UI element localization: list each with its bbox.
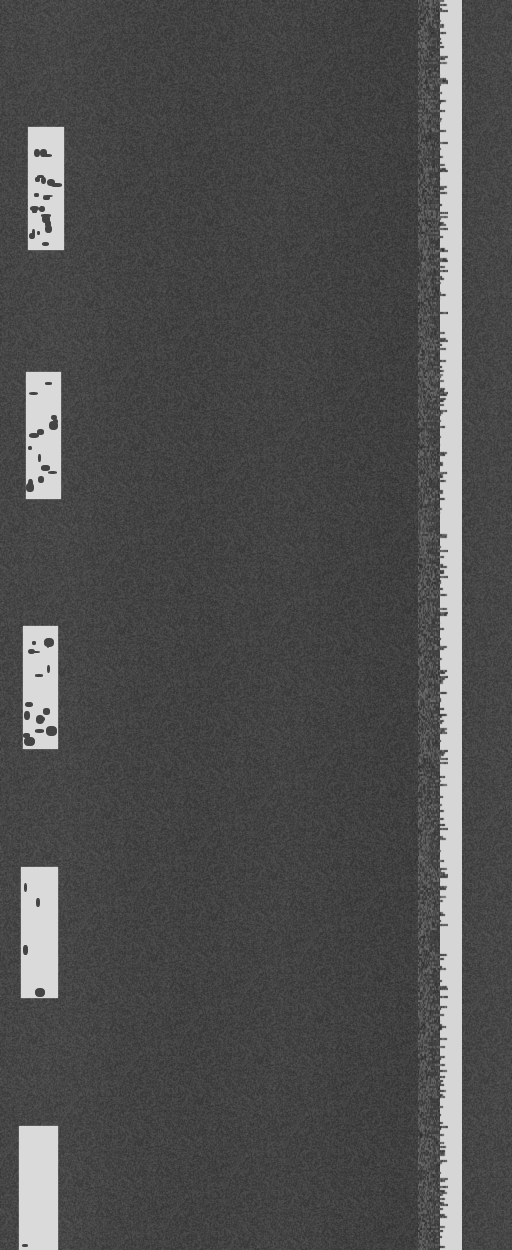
paint-wear-spot [29,233,35,239]
paint-wear-spot [24,711,30,720]
paint-wear-spot [39,717,44,721]
paint-wear-spot [28,446,32,450]
paint-wear-spot [53,419,59,424]
edge-line-wear [418,0,448,1250]
paint-wear-spot [29,392,38,395]
paint-wear-spot [46,726,57,736]
paint-wear-spot [48,471,57,474]
paint-wear-spot [35,729,45,732]
paint-wear-spot [34,149,40,158]
paint-wear-spot [36,898,40,907]
paint-wear-spot [47,665,50,674]
paint-wear-spot [42,242,49,246]
paint-wear-spot [30,206,39,211]
paint-wear-spot [23,945,28,954]
lane-dash-5 [19,1126,58,1250]
paint-wear-spot [32,651,40,653]
paint-wear-spot [35,988,45,997]
paint-wear-spot [43,154,52,157]
lane-dash-4 [21,867,58,998]
paint-wear-spot [43,708,50,714]
paint-wear-spot [26,483,34,492]
paint-wear-spot [37,231,40,235]
lane-dash-1 [28,127,64,250]
paint-wear-spot [37,429,45,434]
paint-wear-spot [38,454,41,462]
paint-wear-spot [41,214,50,216]
paint-wear-spot [38,476,44,483]
paint-wear-spot [45,382,51,385]
paint-wear-spot [22,1244,28,1247]
paint-wear-spot [32,641,36,645]
paint-wear-spot [41,177,46,184]
paint-wear-spot [25,702,33,707]
paint-wear-spot [35,177,40,182]
road-surface [0,0,512,1250]
paint-wear-spot [24,883,27,891]
lane-dash-3 [23,626,58,749]
paint-wear-spot [34,193,39,197]
paint-wear-spot [39,206,45,212]
paint-wear-spot [41,465,50,471]
paint-wear-spot [35,674,43,676]
paint-wear-spot [44,638,54,647]
paint-wear-spot [24,737,34,746]
lane-dash-2 [26,372,61,499]
